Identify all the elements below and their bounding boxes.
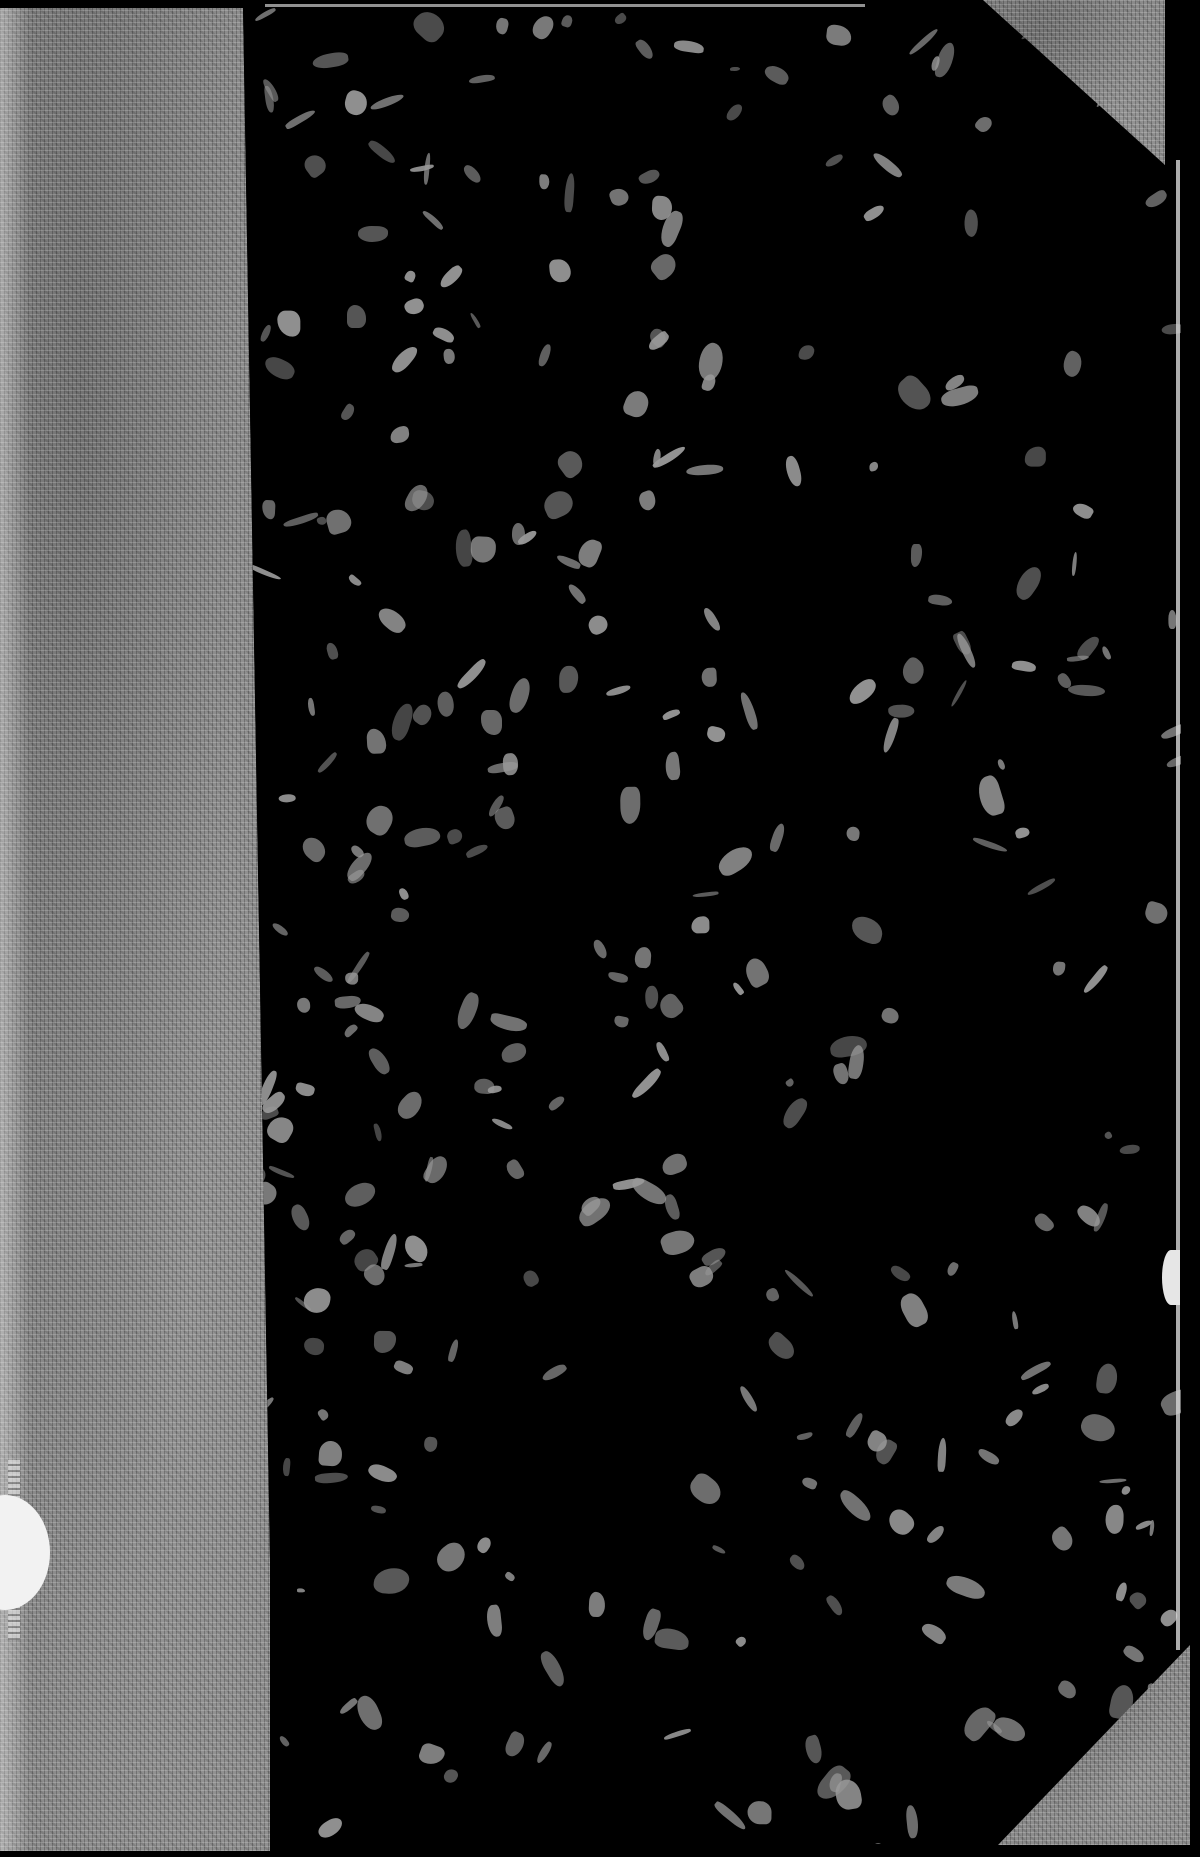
marble-blot <box>502 1730 527 1759</box>
marble-blot <box>370 1505 385 1514</box>
marble-blot <box>447 1338 459 1362</box>
marble-blot <box>555 554 581 570</box>
marble-blot <box>896 1290 932 1331</box>
marble-blot <box>996 758 1007 771</box>
marble-blot <box>1019 1358 1052 1381</box>
marble-blot <box>424 1436 439 1453</box>
marble-blot <box>1067 684 1105 698</box>
marble-blot <box>337 1227 356 1246</box>
marble-blot <box>417 1742 446 1769</box>
marble-blot <box>279 794 297 804</box>
marble-blot <box>747 1801 771 1825</box>
marble-blot <box>764 1287 780 1303</box>
marble-blot <box>783 1269 815 1299</box>
marble-blot <box>491 1116 513 1132</box>
marble-blot <box>686 1470 726 1509</box>
marble-blot <box>783 455 804 489</box>
marble-blot <box>1072 500 1095 521</box>
marble-blot <box>560 14 574 29</box>
marble-blot <box>844 1411 866 1439</box>
marble-blot <box>712 1800 748 1831</box>
marble-blot <box>504 1158 526 1182</box>
marble-blot <box>635 946 653 968</box>
marble-blot <box>373 1123 383 1142</box>
marble-blot <box>661 707 680 720</box>
marble-blot <box>691 916 709 933</box>
marble-blot <box>392 1358 413 1376</box>
marble-blot <box>824 1593 845 1617</box>
marble-blot <box>306 698 315 717</box>
marble-blot <box>455 656 489 690</box>
marble-blot <box>393 1088 427 1123</box>
marble-blot <box>833 1778 863 1812</box>
marble-blot <box>1032 1211 1056 1235</box>
marble-blot <box>944 1572 987 1602</box>
marble-blot <box>628 1175 669 1207</box>
marble-blot <box>871 150 904 181</box>
marble-blot <box>836 1487 876 1524</box>
marble-blot <box>285 107 317 130</box>
marble-blot <box>1095 1363 1118 1395</box>
marble-blot <box>1143 187 1169 210</box>
marble-blot <box>1014 827 1031 840</box>
marble-blot <box>559 666 578 693</box>
marble-blot <box>664 751 680 780</box>
marble-blot <box>730 67 740 72</box>
marble-blot <box>714 841 756 878</box>
marble-blot <box>881 717 901 754</box>
marble-blot <box>589 1592 606 1618</box>
marble-blot <box>278 1735 290 1748</box>
marble-blot <box>1082 964 1109 995</box>
marble-blot <box>1012 1311 1019 1330</box>
marble-blot <box>338 1697 358 1716</box>
marble-blot <box>1024 447 1045 467</box>
marble-blot <box>549 258 572 283</box>
marble-blot <box>340 1178 378 1212</box>
marble-blot <box>317 752 339 775</box>
marble-blot <box>849 914 886 946</box>
marble-blot <box>637 167 661 187</box>
marble-blot <box>315 1472 349 1484</box>
marble-blot <box>342 88 370 117</box>
marble-blot <box>889 1263 912 1284</box>
marble-blot <box>868 462 879 473</box>
marble-blot <box>357 226 387 243</box>
marble-blot <box>504 1570 516 1581</box>
marble-blot <box>388 701 416 742</box>
marble-blot <box>937 1437 947 1472</box>
marble-blot <box>268 1165 295 1180</box>
marble-blot <box>390 907 410 923</box>
marble-blot <box>764 1329 798 1362</box>
marble-blot <box>613 12 628 27</box>
marble-blot <box>1105 1504 1124 1533</box>
marble-blot <box>465 843 489 859</box>
marble-blot <box>1128 1589 1149 1611</box>
marble-blot <box>1168 610 1177 629</box>
marble-blot <box>1003 1406 1025 1429</box>
marble-blot <box>637 489 658 513</box>
marble-blot <box>494 16 509 34</box>
marble-blot <box>796 1431 813 1441</box>
marble-blot <box>974 113 995 134</box>
marble-blot <box>297 1588 305 1592</box>
marble-blot <box>389 425 410 443</box>
marble-blot <box>785 1077 796 1088</box>
marble-blot <box>803 1734 825 1765</box>
marble-blot <box>529 13 557 43</box>
marble-blot <box>927 594 953 607</box>
marble-blot <box>692 891 718 899</box>
marble-blot <box>373 1566 410 1595</box>
marble-blot <box>487 1085 502 1094</box>
marble-blot <box>734 1635 748 1648</box>
marble-blot <box>324 507 354 536</box>
marble-blot <box>444 348 456 364</box>
marble-blot <box>635 37 657 61</box>
book-cover-scan <box>0 0 1200 1857</box>
marble-blot <box>469 73 496 85</box>
marble-blot <box>1149 1520 1154 1536</box>
marble-blot <box>1052 962 1065 977</box>
marble-blot <box>366 137 397 165</box>
marble-blot <box>1120 1144 1140 1154</box>
marble-blot <box>317 1408 330 1422</box>
marble-blot <box>631 1067 664 1101</box>
marble-blot <box>741 955 772 989</box>
marble-blot <box>499 1041 527 1063</box>
marble-blot <box>920 1619 950 1646</box>
marble-blot <box>261 353 296 383</box>
marble-blot <box>400 1233 433 1265</box>
marble-blot <box>1067 655 1089 663</box>
marble-blot <box>361 801 397 839</box>
marble-blot <box>438 264 465 291</box>
marble-blot <box>534 1741 554 1765</box>
marbled-board <box>243 8 1181 1844</box>
marble-blot <box>298 833 330 864</box>
marble-blot <box>277 310 300 336</box>
marble-blot <box>976 1447 1001 1466</box>
marble-blot <box>540 1361 567 1384</box>
marble-blot <box>318 1441 343 1468</box>
marble-blot <box>892 372 935 416</box>
marble-blot <box>352 1693 385 1734</box>
marble-blot <box>461 162 484 184</box>
marble-blot <box>271 922 290 939</box>
marble-blot <box>1026 878 1056 897</box>
marble-blot <box>445 827 464 846</box>
marble-blot <box>1099 1477 1127 1484</box>
marble-blot <box>933 41 957 79</box>
marble-blot <box>375 604 409 637</box>
marble-blot <box>254 8 276 22</box>
marble-blot <box>614 1015 629 1028</box>
marble-blot <box>470 536 496 563</box>
marble-blot <box>908 27 939 57</box>
marble-blot <box>325 642 340 661</box>
marble-blot <box>845 826 860 841</box>
marble-blot <box>607 971 628 983</box>
marble-blot <box>738 1384 759 1413</box>
marble-blot <box>554 446 588 480</box>
marble-blot <box>301 151 330 180</box>
marble-blot <box>926 1524 947 1546</box>
marble-blot <box>347 573 362 588</box>
marble-blot <box>421 208 445 231</box>
marble-blot <box>845 676 880 708</box>
marble-blot <box>867 1841 886 1844</box>
marble-blot <box>974 773 1006 817</box>
marble-blot <box>302 1286 332 1315</box>
page-edge-tear <box>1162 1250 1180 1305</box>
marble-blot <box>798 344 815 361</box>
marble-blot <box>442 1766 460 1784</box>
marble-blot <box>489 1012 528 1034</box>
marble-blot <box>911 544 922 567</box>
marble-blot <box>370 92 405 112</box>
marble-blot <box>655 991 686 1022</box>
marble-blot <box>315 1815 345 1842</box>
marble-blot <box>259 324 272 343</box>
marble-blot <box>586 613 611 637</box>
marble-blot <box>644 986 659 1010</box>
marble-blot <box>388 342 420 376</box>
marble-blot <box>1077 1410 1118 1447</box>
marble-blot <box>1121 1485 1131 1496</box>
marble-blot <box>620 786 641 823</box>
marble-blot <box>521 1267 541 1288</box>
board-top-edge <box>265 4 865 7</box>
marble-blot <box>366 1460 398 1486</box>
marble-blot <box>339 403 357 423</box>
marble-blot <box>1143 900 1170 926</box>
marble-blot <box>779 1095 811 1132</box>
marble-blot <box>1030 1383 1050 1396</box>
marble-blot <box>591 938 610 961</box>
marble-blot <box>888 704 915 718</box>
marble-blot <box>297 998 311 1013</box>
marble-blot <box>312 964 334 985</box>
marble-blot <box>342 1022 359 1038</box>
marble-blot <box>701 606 722 633</box>
marble-blot <box>767 822 786 852</box>
marble-blot <box>366 1045 393 1077</box>
marble-blot <box>282 1457 290 1476</box>
marble-blot <box>303 1337 325 1356</box>
marble-blot <box>1179 98 1181 140</box>
marble-blot <box>826 24 853 47</box>
marble-blot <box>658 1226 697 1258</box>
marble-blot <box>648 250 682 283</box>
marble-blot <box>1114 1581 1128 1602</box>
marble-blot <box>403 825 442 850</box>
marble-blot <box>1012 659 1037 673</box>
marble-blot <box>740 691 760 731</box>
marble-blot <box>1047 1524 1076 1554</box>
marble-blot <box>398 887 410 901</box>
marble-blot <box>1011 563 1047 603</box>
marble-blot <box>540 488 576 522</box>
marble-blot <box>788 1552 808 1571</box>
marble-blot <box>432 324 456 343</box>
marble-blot <box>288 1202 313 1233</box>
marble-blot <box>701 668 717 688</box>
marble-blot <box>566 582 588 605</box>
marble-blot <box>905 1805 919 1839</box>
marble-blot <box>1100 646 1112 662</box>
page-edge-right <box>1176 160 1180 1650</box>
marble-blot <box>663 1727 691 1740</box>
marble-blot <box>1071 552 1077 577</box>
marble-blot <box>379 1232 400 1270</box>
marble-blot <box>972 836 1008 854</box>
marble-blot <box>621 387 652 419</box>
marble-blot <box>540 175 550 190</box>
marble-blot <box>564 173 576 212</box>
marble-blot <box>367 728 387 754</box>
marble-blot <box>404 1262 423 1268</box>
marble-blot <box>608 187 631 209</box>
marble-blot <box>347 305 366 328</box>
marble-blot <box>762 62 792 88</box>
marble-blot <box>1121 1643 1146 1665</box>
marble-blot <box>880 1006 900 1025</box>
marble-blot <box>725 101 745 123</box>
marble-blot <box>403 296 426 317</box>
marble-blot <box>801 1475 818 1490</box>
marble-blot <box>950 679 968 707</box>
marble-blot <box>295 1081 317 1097</box>
marble-blot <box>1104 1131 1113 1140</box>
marble-blot <box>605 684 631 697</box>
marble-blot <box>674 39 705 54</box>
marble-blot <box>537 1648 570 1689</box>
marble-blot <box>884 1505 918 1538</box>
marble-blot <box>374 1331 397 1354</box>
marble-blot <box>506 676 533 715</box>
marble-blot <box>862 203 886 223</box>
marble-blot <box>731 981 744 996</box>
marble-blot <box>660 1152 690 1178</box>
marble-blot <box>537 343 552 368</box>
marble-blot <box>409 164 434 174</box>
marble-blot <box>685 464 723 476</box>
marble-blot <box>1059 349 1085 379</box>
marble-blot <box>1055 1678 1079 1701</box>
marble-blot <box>454 991 483 1032</box>
marble-blot <box>346 950 370 985</box>
marble-blot <box>475 1535 494 1555</box>
marble-blot <box>823 153 844 168</box>
marble-blot <box>435 690 456 718</box>
marble-blot <box>546 1094 566 1112</box>
marble-blot <box>897 655 930 688</box>
marble-blot <box>481 710 501 735</box>
marble-blot <box>409 8 449 46</box>
marble-blot <box>261 500 275 520</box>
marble-blot <box>410 702 435 728</box>
marble-blot <box>283 512 319 529</box>
marble-blot <box>485 1604 503 1638</box>
marble-blot <box>655 1041 671 1063</box>
marble-blot <box>945 1261 959 1277</box>
marble-blot <box>403 269 417 283</box>
marble-blot <box>311 51 349 71</box>
marble-blot <box>1180 136 1181 148</box>
marble-blot <box>878 92 903 118</box>
marble-blot <box>470 311 482 327</box>
marble-blot <box>712 1545 727 1555</box>
marble-blot <box>432 1538 471 1576</box>
marble-blot <box>962 209 980 238</box>
marble-blot <box>654 1626 691 1651</box>
marble-blot <box>706 725 727 744</box>
